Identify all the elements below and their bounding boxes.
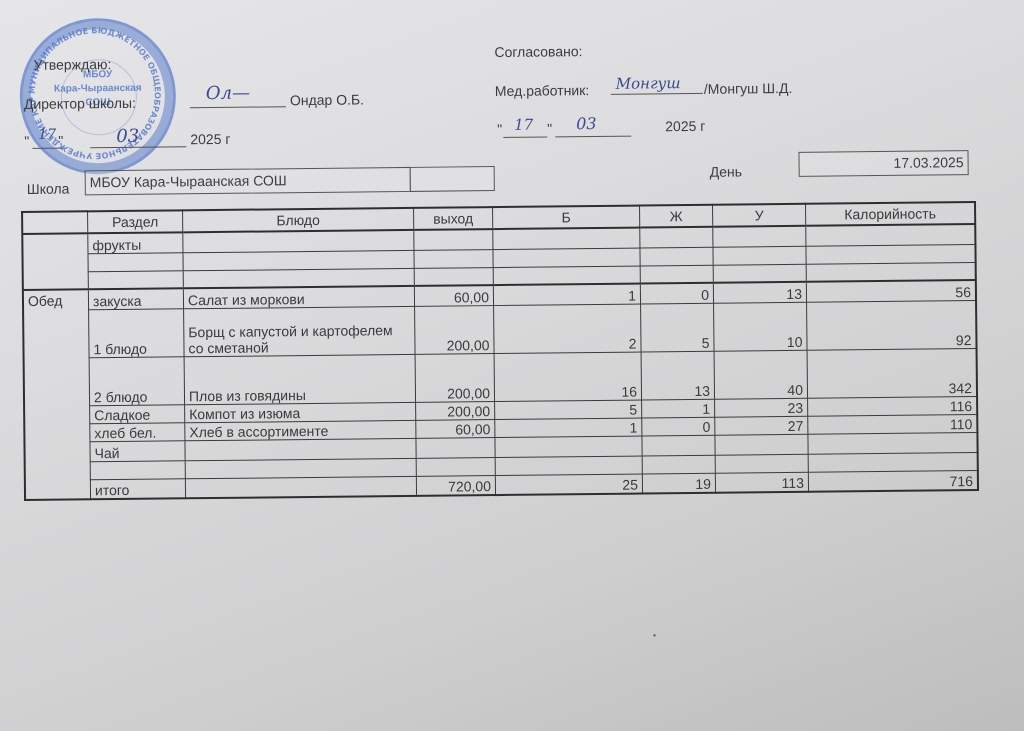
header-section: Раздел [88,210,183,233]
cell-yield: 200,00 [416,401,495,420]
day-label: День [710,163,742,179]
cell-yield: 60,00 [414,285,493,306]
cell-calories: 92 [807,300,977,350]
menu-table: Раздел Блюдо выход Б Ж У Калорийность фр… [21,201,979,501]
cell-fat [640,247,713,266]
cell-protein [493,266,640,286]
left-date-quote-open: " [24,133,29,149]
left-year: 2025 г [190,131,230,147]
cell-fat: 0 [640,283,713,304]
cell-protein: 5 [495,400,642,420]
cell-section: хлеб бел. [90,422,185,441]
cell-dish [185,476,416,498]
cell-section: 2 блюдо [89,356,184,405]
header-carbs: У [713,204,806,227]
cell-dish: Плов из говядины [184,354,415,404]
school-field: МБОУ Кара-Чыраанская СОШ [85,167,411,195]
cell-dish: Компот из изюма [185,402,416,422]
cell-dish [185,458,416,478]
cell-section: Чай [90,440,185,461]
cell-section: итого [90,478,185,499]
cell-protein [495,436,642,458]
cell-protein: 1 [493,284,640,306]
cell-section [88,270,183,289]
cell-carbs: 27 [715,416,808,435]
right-year: 2025 г [665,118,705,134]
cell-fat: 0 [642,417,715,436]
paper-speck [654,634,656,636]
school-value: МБОУ Кара-Чыраанская СОШ [90,172,287,190]
cell-fat: 1 [642,399,715,418]
approve-title: Утверждаю: [33,56,111,73]
cell-protein: 1 [495,418,642,438]
cell-dish: Хлеб в ассортименте [185,420,416,440]
cell-fat [642,435,715,456]
cell-carbs: 13 [713,282,806,303]
cell-yield: 720,00 [416,475,495,496]
left-date-day: 17 [38,127,56,143]
left-date-quote-close: " [58,133,63,149]
right-month-line [555,136,631,138]
director-label: Директор школы: [24,95,136,112]
cell-carbs [713,226,806,247]
cell-calories: 342 [807,348,977,398]
right-date-quote-close: " [547,120,552,136]
cell-yield [414,229,493,250]
right-date-quote-open: " [497,121,502,137]
cell-calories: 716 [808,470,978,492]
cell-section: закуска [88,288,183,309]
cell-fat: 19 [642,473,715,494]
header-dish: Блюдо [183,208,414,232]
cell-protein [495,456,642,476]
cell-yield: 60,00 [416,419,495,438]
header-meal [22,211,88,234]
cell-calories [808,432,978,454]
day-value: 17.03.2025 [893,154,963,171]
cell-carbs [713,264,806,283]
cell-carbs: 23 [715,398,808,417]
cell-calories [806,262,976,282]
right-day-line [503,136,547,137]
cell-protein [493,228,640,250]
medic-signature: Монгуш [616,74,681,93]
day-field: 17.03.2025 [798,150,968,177]
header-yield: выход [414,207,493,230]
cell-protein: 2 [494,304,641,354]
director-signature-line [190,106,286,108]
medic-label: Мед.работник: [495,82,590,99]
director-signature: Ол— [206,83,250,104]
cell-calories [806,244,976,264]
cell-dish [185,438,416,460]
cell-yield: 200,00 [415,305,494,354]
cell-calories [808,452,978,472]
cell-fat [640,265,713,284]
agreed-title: Согласовано: [494,43,582,60]
cell-dish: Салат из моркови [183,286,414,308]
cell-protein [493,248,640,268]
cell-calories: 116 [808,396,978,416]
left-date-month: 03 [116,126,139,147]
cell-section: фрукты [88,232,183,253]
cell-yield [416,437,495,458]
cell-carbs: 40 [714,350,807,399]
right-date-month: 03 [576,114,597,133]
cell-protein: 16 [494,352,641,402]
school-label: Школа [27,181,70,197]
medic-signature-line [611,93,703,95]
cell-calories: 56 [806,280,976,302]
header-calories: Калорийность [806,202,976,226]
medic-name: /Монгуш Ш.Д. [704,80,793,97]
cell-fat [642,455,715,474]
cell-yield [416,457,495,476]
stamp-center-line-2: Кара-Чыраанская [23,82,173,96]
cell-carbs: 10 [714,302,807,351]
cell-carbs [713,246,806,265]
cell-section: 1 блюдо [89,308,184,357]
cell-meal: Обед [23,289,91,500]
cell-section: Сладкое [90,404,185,423]
cell-fat [640,227,713,248]
cell-calories [806,224,976,246]
cell-section [88,252,183,271]
cell-dish [183,230,414,252]
cell-section [90,460,185,479]
cell-meal [22,233,88,290]
cell-carbs: 113 [715,472,808,493]
director-name: Ондар О.Б. [290,91,364,108]
cell-protein: 25 [495,474,642,496]
cell-yield: 200,00 [415,353,494,402]
menu-document: МУНИЦИПАЛЬНОЕ БЮДЖЕТНОЕ ОБЩЕОБРАЗОВАТЕЛЬ… [0,0,1024,731]
header-fat: Ж [640,205,713,228]
cell-yield [414,249,493,268]
header-protein: Б [493,206,640,230]
cell-fat: 13 [641,351,714,400]
cell-dish: Борщ с капустой и картофелем со сметаной [184,306,415,356]
cell-yield [414,267,493,286]
cell-calories: 110 [808,414,978,434]
cell-carbs [715,434,808,455]
right-date-day: 17 [514,116,533,134]
cell-carbs [715,454,808,473]
cell-fat: 5 [641,303,714,352]
school-extra-field [410,166,495,192]
